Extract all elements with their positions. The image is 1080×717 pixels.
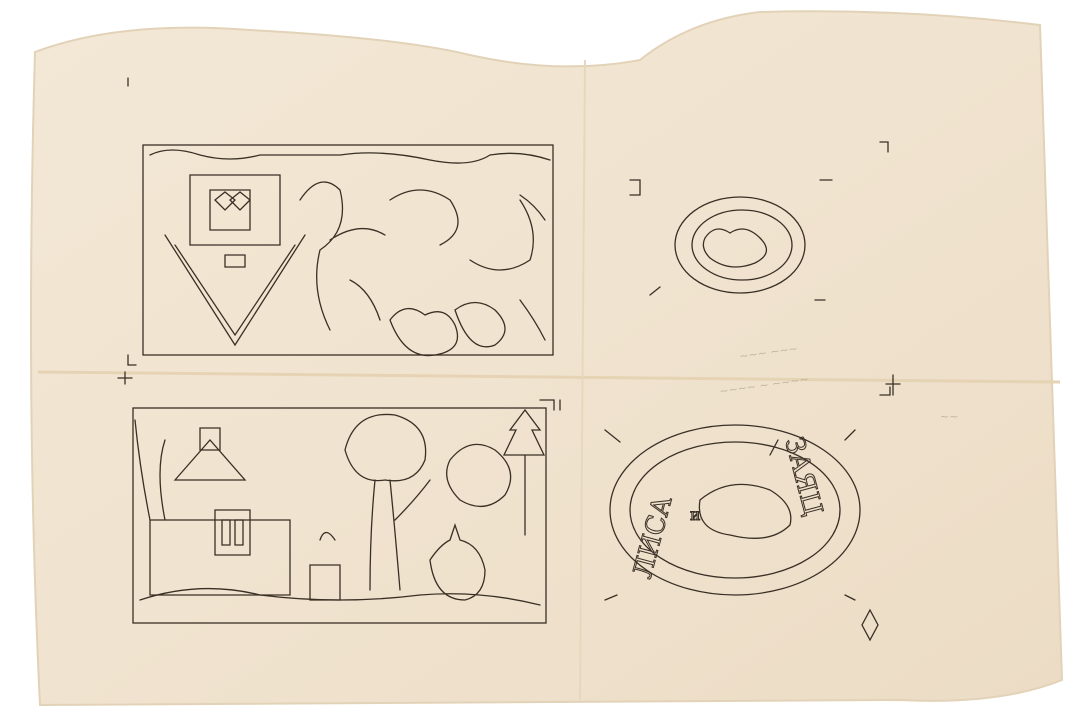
pencil-number: ~~ <box>940 410 958 423</box>
sketch-illustration: ЛИСА и ЗАЯЦ ~~~ ~~~ ~~~~ ~ ~~~~ ~~ <box>0 0 1080 717</box>
title-conjunction: и <box>690 505 701 524</box>
sketch-sheet-photo: ЛИСА и ЗАЯЦ ~~~ ~~~ ~~~~ ~ ~~~~ ~~ ЛИСА … <box>0 0 1080 717</box>
